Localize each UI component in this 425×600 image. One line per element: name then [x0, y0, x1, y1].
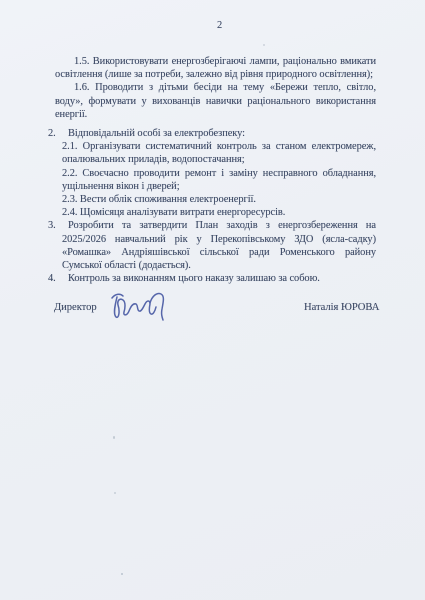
sub-item-2-3: 2.3. Вести облік споживання електроенерг…	[62, 193, 376, 206]
paragraph-1-5: 1.5. Використовувати енергозберігаючі ла…	[55, 55, 376, 81]
list-item-4: 4. Контроль за виконанням цього наказу з…	[48, 272, 376, 285]
document-body: 1.5. Використовувати енергозберігаючі ла…	[48, 55, 376, 285]
signature-scribble	[104, 283, 180, 328]
scan-speck	[114, 492, 116, 494]
sub-item-2-1: 2.1. Організувати систематичний контроль…	[62, 140, 376, 166]
list-item-number: 2.	[48, 127, 62, 140]
list-item-number: 3.	[48, 219, 62, 232]
page-number: 2	[217, 20, 222, 32]
list-item-number: 4.	[48, 272, 62, 285]
scan-speck	[263, 44, 265, 46]
sub-item-2-4: 2.4. Щомісяця аналізувати витрати енерго…	[62, 206, 376, 219]
list-item-text: Відповідальній особі за електробезпеку:	[62, 127, 376, 140]
scan-speck	[113, 436, 115, 439]
sub-item-2-2: 2.2. Своєчасно проводити ремонт і заміну…	[62, 167, 376, 193]
signer-name: Наталія ЮРОВА	[304, 301, 379, 314]
paragraph-1-6: 1.6. Проводити з дітьми бесіди на тему «…	[55, 81, 376, 121]
numbered-list: 2. Відповідальній особі за електробезпек…	[48, 127, 376, 285]
scan-speck	[121, 573, 123, 575]
list-item-3: 3. Розробити та затвердити План заходів …	[48, 219, 376, 272]
list-item-text: Розробити та затвердити План заходів з е…	[62, 219, 376, 272]
document-page: 2 1.5. Використовувати енергозберігаючі …	[0, 0, 425, 600]
signer-role-label: Директор	[54, 301, 97, 314]
list-item-2: 2. Відповідальній особі за електробезпек…	[48, 127, 376, 219]
